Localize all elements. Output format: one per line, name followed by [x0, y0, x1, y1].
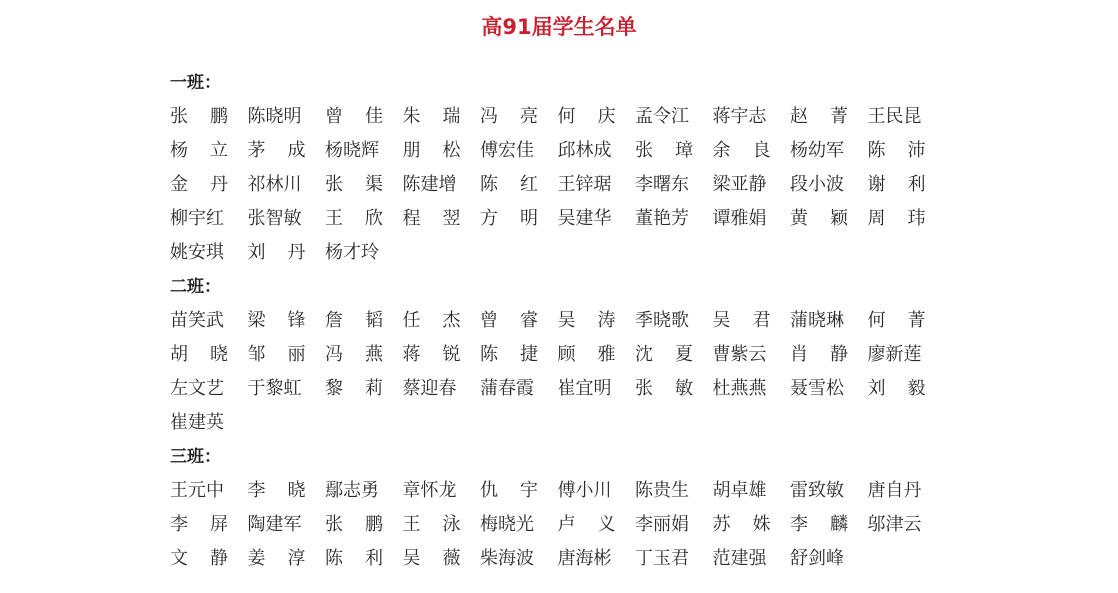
student-name: 丁玉君 — [635, 542, 693, 576]
student-name: 冯亮 — [480, 100, 538, 134]
student-name: 蒲晓琳 — [790, 304, 848, 338]
student-name: 杨立 — [170, 134, 228, 168]
student-name: 曹紫云 — [713, 338, 771, 372]
student-name: 仇宇 — [480, 474, 538, 508]
student-name: 王泳 — [403, 508, 461, 542]
student-name: 余良 — [713, 134, 771, 168]
student-name: 黎莉 — [325, 372, 383, 406]
names-grid: 王元中李晓鄢志勇章怀龙仇宇傅小川陈贵生胡卓雄雷致敏唐自丹李屏陶建军张鹏王泳梅晓光… — [170, 474, 950, 576]
student-name: 吴建华 — [558, 202, 616, 236]
student-name: 梅晓光 — [480, 508, 538, 542]
student-name: 王民昆 — [868, 100, 926, 134]
student-name: 姚安琪 — [170, 236, 228, 270]
student-name: 蒲春霞 — [480, 372, 538, 406]
student-name: 聂雪松 — [790, 372, 848, 406]
student-name: 周玮 — [868, 202, 926, 236]
student-name: 李曙东 — [635, 168, 693, 202]
student-name: 张璋 — [635, 134, 693, 168]
student-name: 梁亚静 — [713, 168, 771, 202]
student-name: 杨才玲 — [325, 236, 383, 270]
student-name: 孟令江 — [635, 100, 693, 134]
student-name: 祁林川 — [248, 168, 306, 202]
student-name: 傅小川 — [558, 474, 616, 508]
student-name: 李晓 — [248, 474, 306, 508]
student-name: 文静 — [170, 542, 228, 576]
student-name: 董艳芳 — [635, 202, 693, 236]
student-name: 王锌琚 — [558, 168, 616, 202]
student-name: 唐自丹 — [868, 474, 926, 508]
student-name: 陈建增 — [403, 168, 461, 202]
student-name: 陈捷 — [480, 338, 538, 372]
student-name: 詹韬 — [325, 304, 383, 338]
student-name: 章怀龙 — [403, 474, 461, 508]
student-name: 陈利 — [325, 542, 383, 576]
student-name: 谢利 — [868, 168, 926, 202]
student-name: 胡晓 — [170, 338, 228, 372]
student-name: 胡卓雄 — [713, 474, 771, 508]
student-name: 舒剑峰 — [790, 542, 848, 576]
student-name: 程翌 — [403, 202, 461, 236]
student-name: 曾睿 — [480, 304, 538, 338]
class-section-1: 一班： 张鹏陈晓明曾佳朱瑞冯亮何庆孟令江蒋宇志赵菁王民昆杨立茅成杨晓辉朋松傅宏佳… — [170, 66, 950, 270]
page-title: 高91届学生名单 — [0, 12, 1118, 42]
student-name: 王欣 — [325, 202, 383, 236]
student-name: 李屏 — [170, 508, 228, 542]
student-name: 蒋锐 — [403, 338, 461, 372]
student-name: 朱瑞 — [403, 100, 461, 134]
student-name: 范建强 — [713, 542, 771, 576]
student-name: 于黎虹 — [248, 372, 306, 406]
student-name: 黄颖 — [790, 202, 848, 236]
class-heading: 三班： — [170, 440, 950, 474]
student-name: 陈晓明 — [248, 100, 306, 134]
student-name: 吴君 — [713, 304, 771, 338]
student-name: 杨晓辉 — [325, 134, 383, 168]
student-name: 吴薇 — [403, 542, 461, 576]
student-name: 姜淳 — [248, 542, 306, 576]
student-name: 段小波 — [790, 168, 848, 202]
student-name: 雷致敏 — [790, 474, 848, 508]
student-name: 何庆 — [558, 100, 616, 134]
student-name: 陶建军 — [248, 508, 306, 542]
student-name: 任杰 — [403, 304, 461, 338]
student-name: 陈红 — [480, 168, 538, 202]
class-section-3: 三班： 王元中李晓鄢志勇章怀龙仇宇傅小川陈贵生胡卓雄雷致敏唐自丹李屏陶建军张鹏王… — [170, 440, 950, 576]
student-name: 茅成 — [248, 134, 306, 168]
student-name: 曾佳 — [325, 100, 383, 134]
student-name: 蔡迎春 — [403, 372, 461, 406]
student-name: 邹丽 — [248, 338, 306, 372]
student-name: 陈沛 — [868, 134, 926, 168]
student-name: 张鹏 — [325, 508, 383, 542]
student-name: 张渠 — [325, 168, 383, 202]
student-name: 张鹏 — [170, 100, 228, 134]
student-name: 左文艺 — [170, 372, 228, 406]
student-name: 何菁 — [868, 304, 926, 338]
student-name: 杜燕燕 — [713, 372, 771, 406]
student-name: 杨幼军 — [790, 134, 848, 168]
student-name: 柴海波 — [480, 542, 538, 576]
student-name: 沈夏 — [635, 338, 693, 372]
student-name: 邱林成 — [558, 134, 616, 168]
student-name: 崔宜明 — [558, 372, 616, 406]
student-name: 梁锋 — [248, 304, 306, 338]
student-name: 鄢志勇 — [325, 474, 383, 508]
class-heading: 二班： — [170, 270, 950, 304]
student-name: 唐海彬 — [558, 542, 616, 576]
student-name: 蒋宇志 — [713, 100, 771, 134]
student-roster: 一班： 张鹏陈晓明曾佳朱瑞冯亮何庆孟令江蒋宇志赵菁王民昆杨立茅成杨晓辉朋松傅宏佳… — [170, 66, 950, 576]
student-name: 苏姝 — [713, 508, 771, 542]
student-name: 廖新莲 — [868, 338, 926, 372]
student-name: 傅宏佳 — [480, 134, 538, 168]
student-name: 张智敏 — [248, 202, 306, 236]
student-name: 季晓歌 — [635, 304, 693, 338]
student-name: 方明 — [480, 202, 538, 236]
student-name: 肖静 — [790, 338, 848, 372]
student-name: 赵菁 — [790, 100, 848, 134]
class-heading: 一班： — [170, 66, 950, 100]
student-name: 金丹 — [170, 168, 228, 202]
student-name: 柳宇红 — [170, 202, 228, 236]
student-name: 朋松 — [403, 134, 461, 168]
student-name: 吴涛 — [558, 304, 616, 338]
student-name: 苗笑武 — [170, 304, 228, 338]
names-grid: 苗笑武梁锋詹韬任杰曾睿吴涛季晓歌吴君蒲晓琳何菁胡晓邹丽冯燕蒋锐陈捷顾雅沈夏曹紫云… — [170, 304, 950, 440]
student-name: 李丽娟 — [635, 508, 693, 542]
student-name: 卢义 — [558, 508, 616, 542]
student-name: 张敏 — [635, 372, 693, 406]
student-name: 谭雅娟 — [713, 202, 771, 236]
student-name: 李麟 — [790, 508, 848, 542]
student-name: 刘毅 — [868, 372, 926, 406]
student-name: 邬津云 — [868, 508, 926, 542]
student-name: 冯燕 — [325, 338, 383, 372]
names-grid: 张鹏陈晓明曾佳朱瑞冯亮何庆孟令江蒋宇志赵菁王民昆杨立茅成杨晓辉朋松傅宏佳邱林成张… — [170, 100, 950, 270]
student-name: 王元中 — [170, 474, 228, 508]
class-section-2: 二班： 苗笑武梁锋詹韬任杰曾睿吴涛季晓歌吴君蒲晓琳何菁胡晓邹丽冯燕蒋锐陈捷顾雅沈… — [170, 270, 950, 440]
student-name: 崔建英 — [170, 406, 228, 440]
student-name: 陈贵生 — [635, 474, 693, 508]
student-name: 刘丹 — [248, 236, 306, 270]
student-name: 顾雅 — [558, 338, 616, 372]
